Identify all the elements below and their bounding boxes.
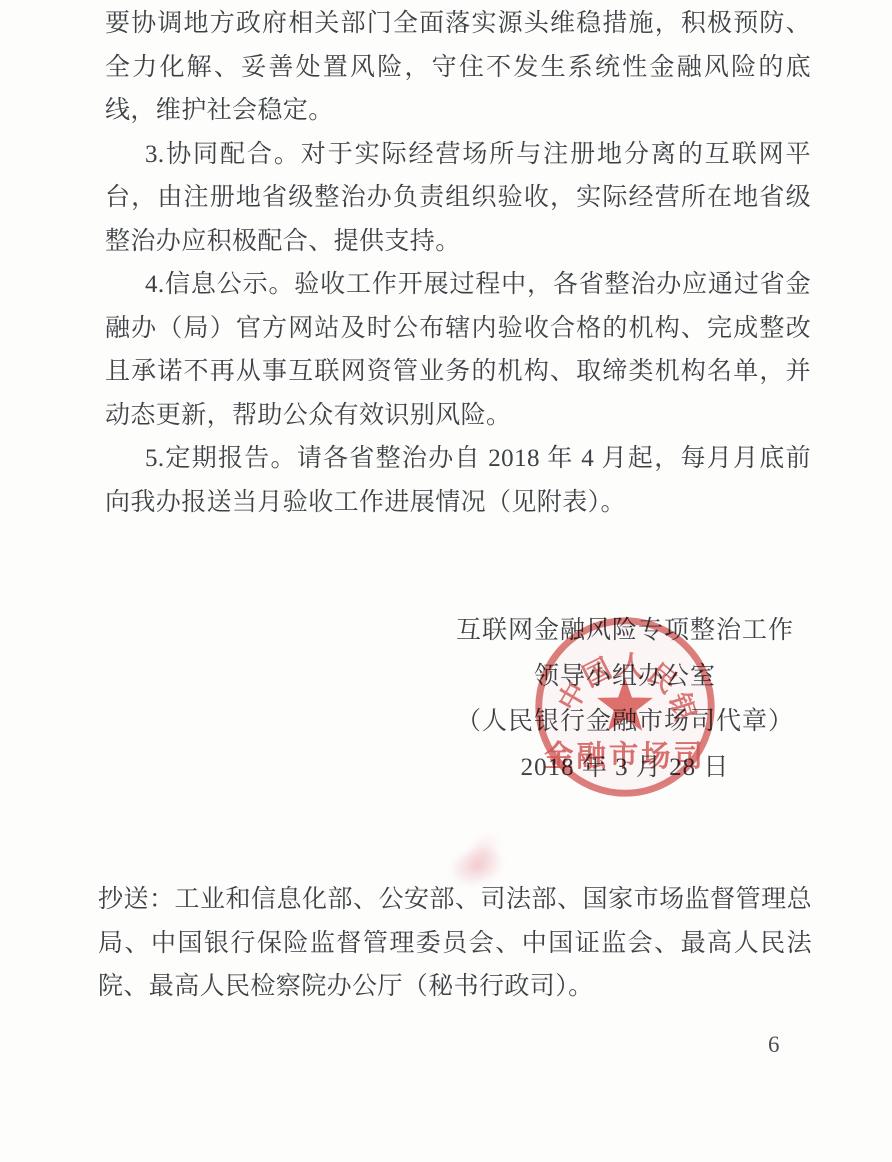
ink-smudge-faint bbox=[459, 826, 508, 881]
official-seal: 中国人民银行 金融市场司 bbox=[527, 606, 723, 808]
body-paragraph-continuation: 要协调地方政府相关部门全面落实源头维稳措施，积极预防、全力化解、妥善处置风险，守… bbox=[105, 2, 811, 133]
body-paragraph-item-4: 4.信息公示。验收工作开展过程中，各省整治办应通过省金融办（局）官方网站及时公布… bbox=[105, 263, 811, 437]
body-paragraph-item-3: 3.协同配合。对于实际经营场所与注册地分离的互联网平台，由注册地省级整治办负责组… bbox=[105, 133, 811, 264]
cc-block: 抄送：工业和信息化部、公安部、司法部、国家市场监督管理总局、中国银行保险监督管理… bbox=[98, 878, 812, 1009]
seal-name-text: 金融市场司 bbox=[544, 740, 706, 773]
document-body: 要协调地方政府相关部门全面落实源头维稳措施，积极预防、全力化解、妥善处置风险，守… bbox=[105, 2, 811, 524]
body-paragraph-item-5: 5.定期报告。请各省整治办自 2018 年 4 月起，每月月底前向我办报送当月验… bbox=[105, 437, 811, 524]
document-page: 要协调地方政府相关部门全面落实源头维稳措施，积极预防、全力化解、妥善处置风险，守… bbox=[0, 0, 892, 1162]
page-number: 6 bbox=[768, 1032, 780, 1058]
